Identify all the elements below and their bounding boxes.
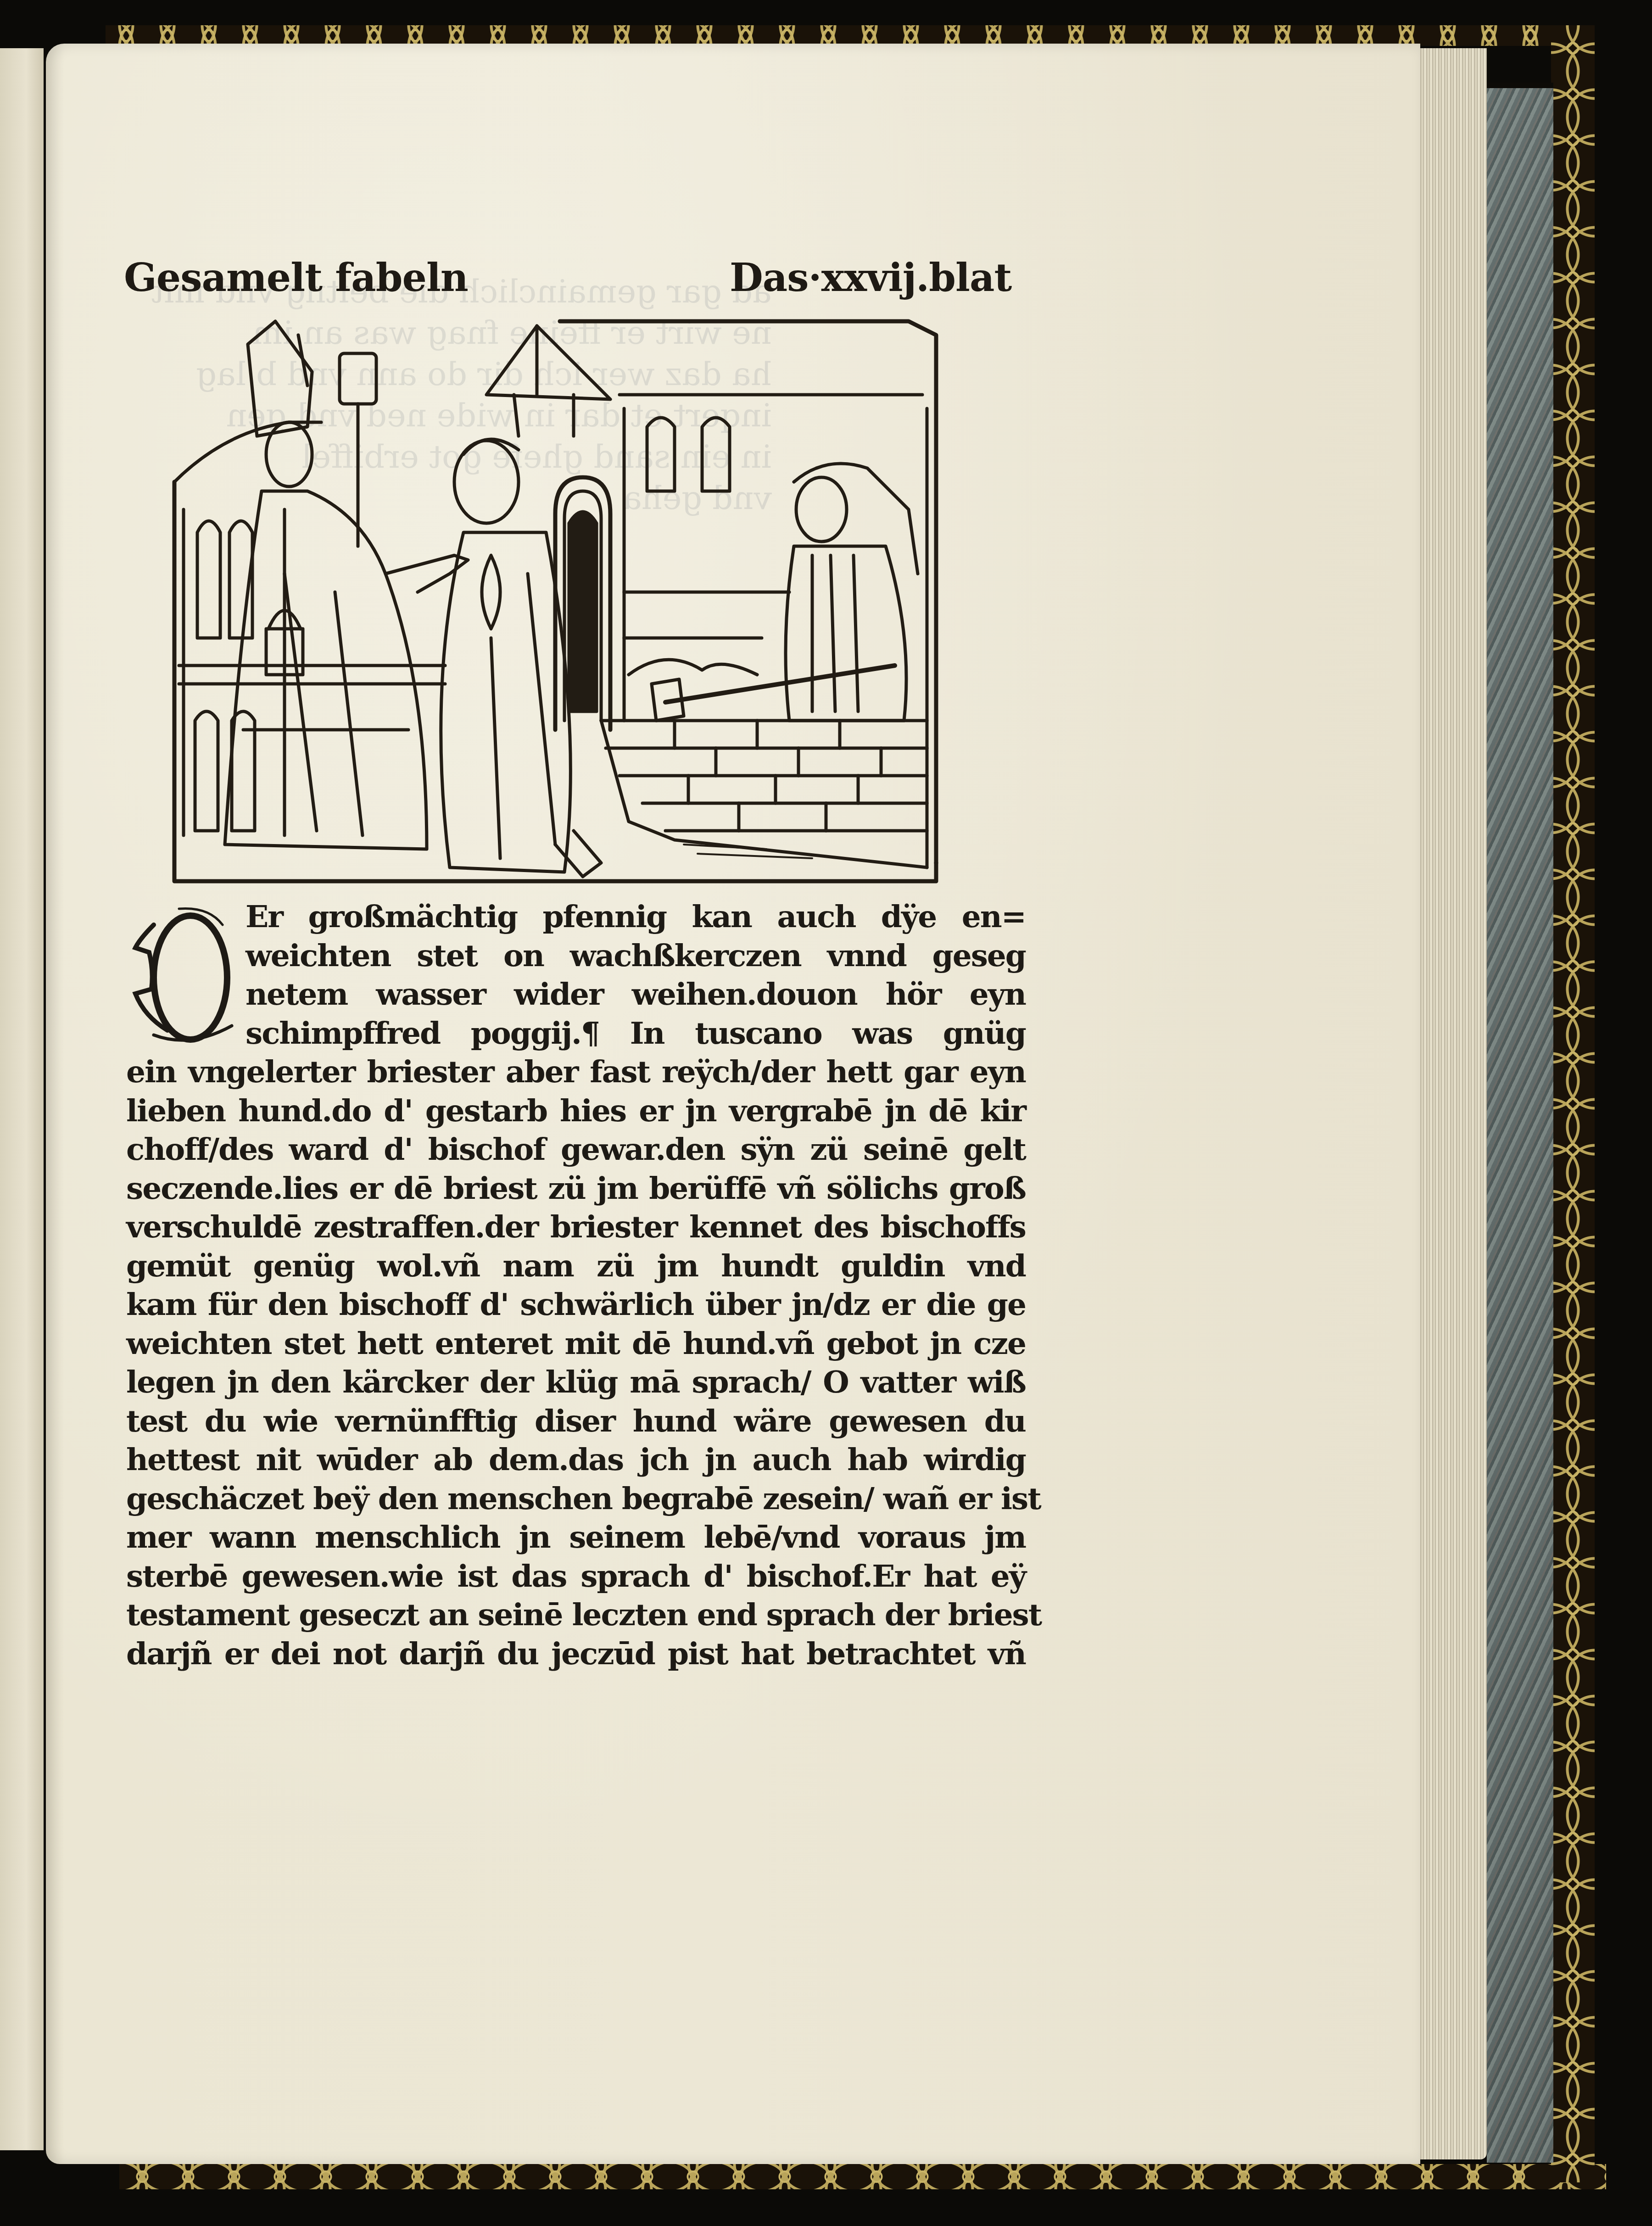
text-line: mer wann menschlich jn seinem lebē/vnd v…	[126, 1518, 1026, 1557]
marbled-pastedown	[1487, 83, 1553, 2163]
decorated-initial-d	[126, 897, 241, 1049]
text-line: darjñ er dei not darjñ du jeczūd pist ha…	[126, 1634, 1026, 1673]
text-line: netem wasser wider weihen.douon hör eyn	[126, 975, 1026, 1014]
text-line: ein vngelerter briester aber fast reÿch/…	[126, 1052, 1026, 1091]
text-line: seczende.lies er dē briest zü jm berüffē…	[126, 1169, 1026, 1208]
text-line: sterbē gewesen.wie ist das sprach d' bis…	[126, 1557, 1026, 1596]
text-line: Er großmächtig pfennig kan auch dÿe en=	[126, 897, 1026, 936]
text-line: choff/des ward d' bischof gewar.den sÿn …	[126, 1130, 1026, 1169]
gold-tooled-border-bottom	[119, 2164, 1606, 2189]
text-line: weichten stet hett enteret mit dē hund.v…	[126, 1324, 1026, 1363]
text-line: weichten stet on wachßkerczen vnnd geseg	[126, 936, 1026, 975]
text-line: test du wie vernünfftig diser hund wäre …	[126, 1402, 1026, 1441]
text-line: hettest nit wūder ab dem.das jch jn auch…	[126, 1440, 1026, 1479]
gold-tooled-border-right	[1551, 25, 1595, 2182]
fore-edge-leaves	[1418, 48, 1487, 2159]
text-line: kam für den bischoff d' schwärlich über …	[126, 1285, 1026, 1324]
text-line: schimpffred poggij.¶ In tuscano was gnüg	[126, 1014, 1026, 1053]
running-head-folio: Das·xxvij.blat	[730, 255, 1011, 300]
text-line: lieben hund.do d' gestarb hies er jn ver…	[126, 1091, 1026, 1130]
woodcut-illustration	[170, 317, 945, 886]
body-text: Er großmächtig pfennig kan auch dÿe en= …	[126, 897, 1026, 1673]
text-line: geschäczet beÿ den menschen begrabē zese…	[126, 1479, 1026, 1518]
text-line: gemüt genüg wol.vñ nam zü jm hundt guldi…	[126, 1247, 1026, 1286]
gold-tooled-border-top	[106, 25, 1588, 46]
running-head-left: Gesamelt fabeln	[124, 255, 468, 300]
text-line: legen jn den kärcker der klüg mā sprach/…	[126, 1363, 1026, 1402]
text-line: verschuldē zestraffen.der briester kenne…	[126, 1208, 1026, 1247]
text-line: testament geseczt an seinē leczten end s…	[126, 1595, 1026, 1634]
facing-page-edge	[0, 48, 44, 2150]
